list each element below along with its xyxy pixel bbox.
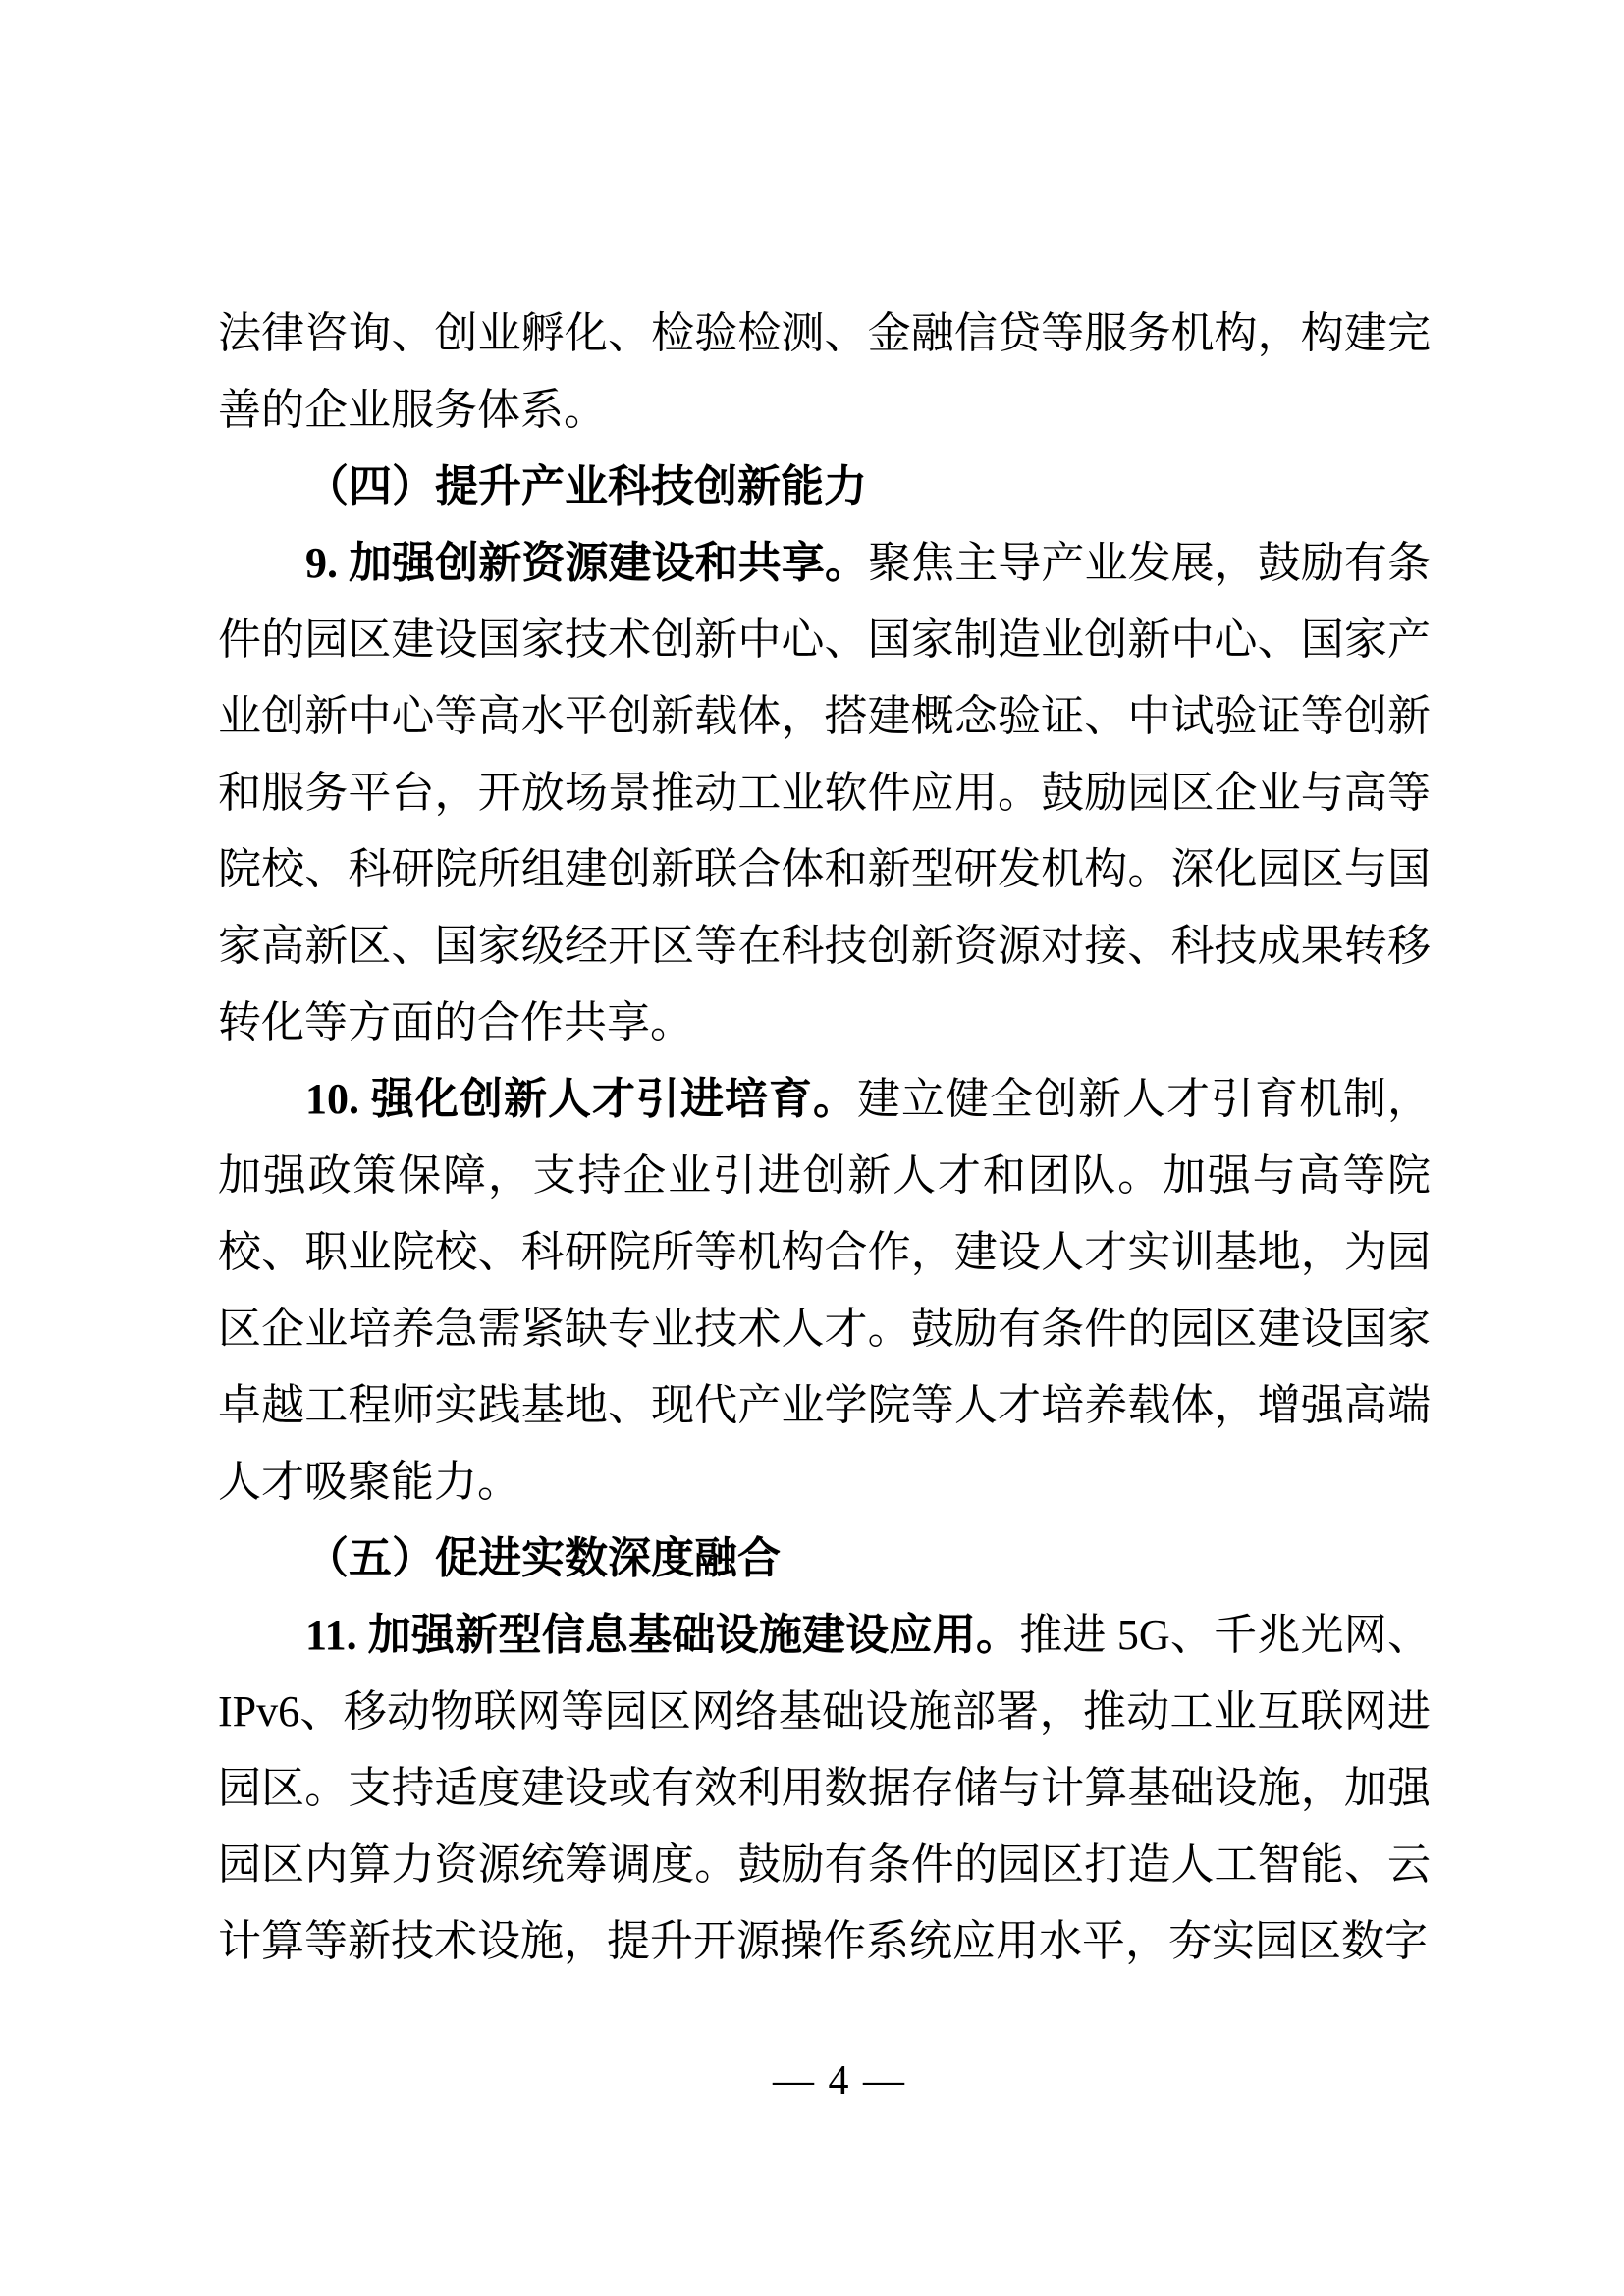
- paragraph-9-text: 聚焦主导产业发展，鼓励有条件的园区建设国家技术创新中心、国家制造业创新中心、国家…: [218, 539, 1431, 1046]
- paragraph-11-text: 推进 5G、千兆光网、IPv6、移动物联网等园区网络基础设施部署，推动工业互联网…: [218, 1611, 1431, 1965]
- document-body: 法律咨询、创业孵化、检验检测、金融信贷等服务机构，构建完善的企业服务体系。 （四…: [218, 295, 1431, 1980]
- paragraph-9-lead: 9. 加强创新资源建设和共享。: [305, 539, 868, 587]
- page-number: — 4 —: [27, 2054, 1624, 2109]
- section-heading-5: （五）促进实数深度融合: [218, 1521, 1431, 1597]
- paragraph-continued: 法律咨询、创业孵化、检验检测、金融信贷等服务机构，构建完善的企业服务体系。: [218, 295, 1431, 449]
- document-page: 法律咨询、创业孵化、检验检测、金融信贷等服务机构，构建完善的企业服务体系。 （四…: [0, 0, 1624, 2296]
- numbered-paragraph-11: 11. 加强新型信息基础设施建设应用。推进 5G、千兆光网、IPv6、移动物联网…: [218, 1597, 1431, 1980]
- section-heading-4: （四）提升产业科技创新能力: [218, 449, 1431, 525]
- paragraph-10-text: 建立健全创新人才引育机制，加强政策保障，支持企业引进创新人才和团队。加强与高等院…: [218, 1075, 1431, 1506]
- numbered-paragraph-9: 9. 加强创新资源建设和共享。聚焦主导产业发展，鼓励有条件的园区建设国家技术创新…: [218, 525, 1431, 1061]
- paragraph-10-lead: 10. 强化创新人才引进培育。: [305, 1075, 857, 1123]
- paragraph-11-lead: 11. 加强新型信息基础设施建设应用。: [305, 1611, 1019, 1659]
- numbered-paragraph-10: 10. 强化创新人才引进培育。建立健全创新人才引育机制，加强政策保障，支持企业引…: [218, 1061, 1431, 1521]
